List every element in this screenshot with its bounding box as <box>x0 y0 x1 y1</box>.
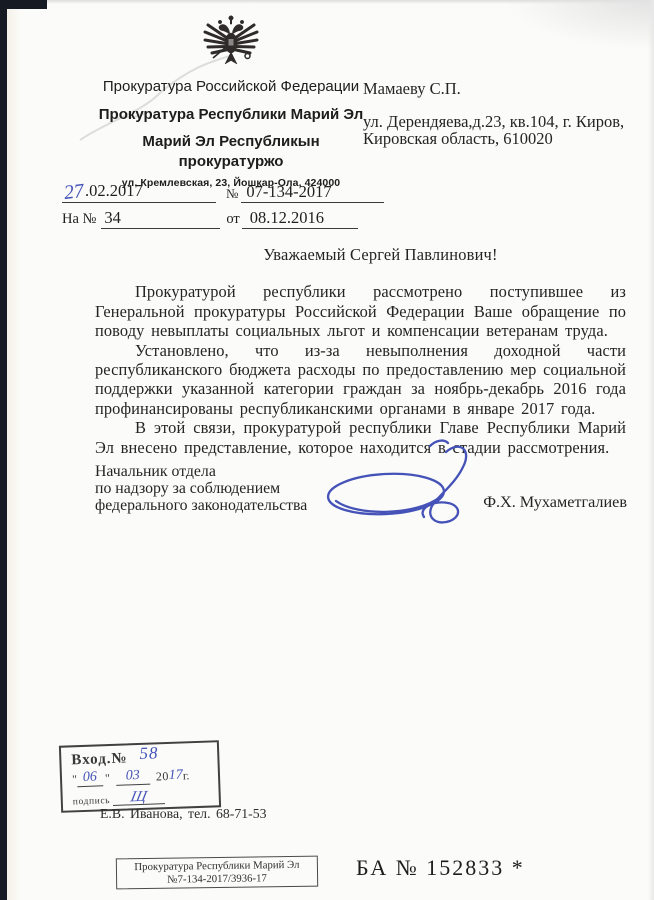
org-name-federal: Прокуратура Российской Федерации <box>70 78 392 95</box>
executor-contact: Е.В. Иванова, тел. 68-71-53 <box>100 806 267 822</box>
printed-date: .02.2017 <box>85 181 143 200</box>
stamp-sign-row: подпись Щ <box>72 785 209 808</box>
ref-date: 08.12.2016 <box>242 208 358 229</box>
signer-name: Ф.Х. Мухаметгалиев <box>483 493 627 514</box>
recipient-address-line1: ул. Дерендяева,д.23, кв.104, г. Киров, <box>363 113 624 130</box>
handwritten-day: 06 <box>83 770 98 785</box>
incoming-ref-row: На № 34 от 08.12.2016 <box>62 208 396 229</box>
letterhead: Прокуратура Российской Федерации Прокура… <box>70 10 392 189</box>
outgoing-stamp-box: Прокуратура Республики Марий Эл №7-134-2… <box>116 856 318 890</box>
ref-number: 34 <box>101 208 220 229</box>
outgoing-number: 07-134-2017 <box>241 182 384 203</box>
paragraph: Установлено, что из-за невыполнения дохо… <box>95 341 626 419</box>
org-name-mari-line2: прокуратуржо <box>70 153 392 170</box>
signature-block: Начальник отдела по надзору за соблюдени… <box>95 464 627 514</box>
org-name-mari-line1: Марий Эл Республикын <box>70 133 392 150</box>
paper-corner-shadow <box>504 0 654 50</box>
ref-from-label: от <box>220 211 241 229</box>
double-headed-eagle-emblem-icon <box>201 12 261 70</box>
handwritten-month: 03 <box>126 768 141 783</box>
year-prefix: 20 <box>156 769 170 784</box>
scanner-corner-block <box>0 0 47 9</box>
signer-position: Начальник отдела по надзору за соблюдени… <box>95 464 307 514</box>
scanner-edge-strip <box>0 0 7 900</box>
handwritten-year: 17 <box>169 768 184 784</box>
paragraph: Прокуратурой республики рассмотрено пост… <box>95 282 626 340</box>
number-sign-label: № <box>216 186 241 203</box>
year-suffix: г. <box>183 768 190 783</box>
date-number-row: 27.02.2017 № 07-134-2017 <box>62 179 396 203</box>
recipient-address-line2: Кировская область, 610020 <box>363 130 624 147</box>
letter-body: Уважаемый Сергей Павлинович! Прокуратуро… <box>95 245 626 457</box>
incoming-registration-stamp: Вход.№58 " 06 " 03 20 17 г. подпись Щ <box>59 740 221 813</box>
handwritten-incoming-number: 58 <box>139 743 159 763</box>
handwritten-initials: Щ <box>129 789 149 807</box>
salutation: Уважаемый Сергей Павлинович! <box>135 245 626 264</box>
signer-position-line1: Начальник отдела <box>95 464 307 481</box>
signer-position-line3: федерального законодательства <box>95 498 307 515</box>
letter-date: 27.02.2017 <box>62 179 216 203</box>
form-serial-number: БА № 152833 * <box>356 855 525 881</box>
org-name-republic: Прокуратура Республики Марий Эл <box>70 106 392 123</box>
paper-right-shadow <box>648 0 654 900</box>
stamp-date-row: " 06 " 03 20 17 г. <box>72 766 209 788</box>
stamp-label: Вход.№ <box>71 750 128 768</box>
recipient-block: Мамаеву С.П. ул. Дерендяева,д.23, кв.104… <box>363 80 624 147</box>
paper-edge-shade <box>7 0 21 900</box>
ref-label: На № <box>62 211 101 229</box>
signer-position-line2: по надзору за соблюдением <box>95 481 307 498</box>
recipient-name: Мамаеву С.П. <box>363 80 624 97</box>
quote-close: " <box>105 771 110 786</box>
reference-block: 27.02.2017 № 07-134-2017 На № 34 от 08.1… <box>62 179 396 229</box>
handwritten-day: 27 <box>63 180 86 205</box>
